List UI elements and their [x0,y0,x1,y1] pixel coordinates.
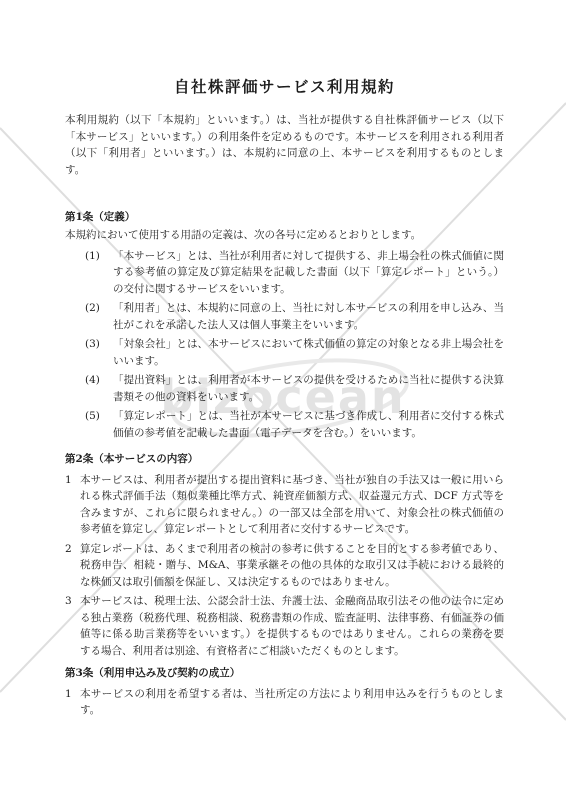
article-1: 第1条（定義） 本規約において使用する用語の定義は、次の各号に定めるとおりとしま… [65,209,504,441]
item-number: (3) [85,336,113,353]
definition-item-2: (2) 「利用者」とは、本規約に同意の上、当社に対し本サービスの利用を申し込み、… [65,300,504,333]
article-2-heading: 第2条（本サービスの内容） [65,451,504,468]
item-text: 「算定レポート」とは、当社が本サービスに基づき作成し、利用者に交付する株式価値の… [113,408,504,441]
item-number: 2 [65,541,80,558]
clause-item-3: 3 本サービスは、税理士法、公認会計士法、弁護士法、金融商品取引法その他の法令に… [65,593,504,659]
article-3-items: 1 本サービスの利用を希望する者は、当社所定の方法により利用申込みを行うものとし… [65,686,504,719]
article-3-heading: 第3条（利用申込み及び契約の成立） [65,665,504,682]
item-text: 「本サービス」とは、当社が利用者に対して提供する、非上場会社の株式価値に関する参… [113,248,504,298]
document-content: 自社株評価サービス利用規約 本利用規約（以下「本規約」といいます。）は、当社が提… [65,76,504,719]
article-1-lead: 本規約において使用する用語の定義は、次の各号に定めるとおりとします。 [65,227,504,244]
item-text: 本サービスは、税理士法、公認会計士法、弁護士法、金融商品取引法その他の法令に定め… [80,593,504,659]
item-number: 1 [65,472,80,489]
item-text: 「提出資料」とは、利用者が本サービスの提供を受けるために当社に提供する決算書類そ… [113,372,504,405]
item-number: 1 [65,686,80,703]
clause-item-2: 2 算定レポートは、あくまで利用者の検討の参考に供することを目的とする参考値であ… [65,541,504,591]
definition-item-3: (3) 「対象会社」とは、本サービスにおいて株式価値の算定の対象となる非上場会社… [65,336,504,369]
item-text: 「利用者」とは、本規約に同意の上、当社に対し本サービスの利用を申し込み、当社がこ… [113,300,504,333]
item-number: (5) [85,408,113,425]
item-text: 算定レポートは、あくまで利用者の検討の参考に供することを目的とする参考値であり、… [80,541,504,591]
document-title: 自社株評価サービス利用規約 [65,76,504,98]
article-2: 第2条（本サービスの内容） 1 本サービスは、利用者が提出する提出資料に基づき、… [65,451,504,659]
item-text: 本サービスは、利用者が提出する提出資料に基づき、当社が独自の手法又は一般に用いら… [80,472,504,538]
item-number: (4) [85,372,113,389]
item-text: 本サービスの利用を希望する者は、当社所定の方法により利用申込みを行うものとします… [80,686,504,719]
document-page: bizocean 自社株評価サービス利用規約 本利用規約（以下「本規約」といいま… [0,0,566,800]
item-number: (2) [85,300,113,317]
clause-item-1: 1 本サービスの利用を希望する者は、当社所定の方法により利用申込みを行うものとし… [65,686,504,719]
article-2-items: 1 本サービスは、利用者が提出する提出資料に基づき、当社が独自の手法又は一般に用… [65,472,504,660]
item-number: 3 [65,593,80,610]
article-1-items: (1) 「本サービス」とは、当社が利用者に対して提供する、非上場会社の株式価値に… [65,248,504,442]
intro-paragraph: 本利用規約（以下「本規約」といいます。）は、当社が提供する自社株評価サービス（以… [65,112,504,178]
article-3: 第3条（利用申込み及び契約の成立） 1 本サービスの利用を希望する者は、当社所定… [65,665,504,719]
definition-item-1: (1) 「本サービス」とは、当社が利用者に対して提供する、非上場会社の株式価値に… [65,248,504,298]
definition-item-4: (4) 「提出資料」とは、利用者が本サービスの提供を受けるために当社に提供する決… [65,372,504,405]
item-text: 「対象会社」とは、本サービスにおいて株式価値の算定の対象となる非上場会社をいいま… [113,336,504,369]
article-1-heading: 第1条（定義） [65,209,504,226]
clause-item-1: 1 本サービスは、利用者が提出する提出資料に基づき、当社が独自の手法又は一般に用… [65,472,504,538]
item-number: (1) [85,248,113,265]
definition-item-5: (5) 「算定レポート」とは、当社が本サービスに基づき作成し、利用者に交付する株… [65,408,504,441]
